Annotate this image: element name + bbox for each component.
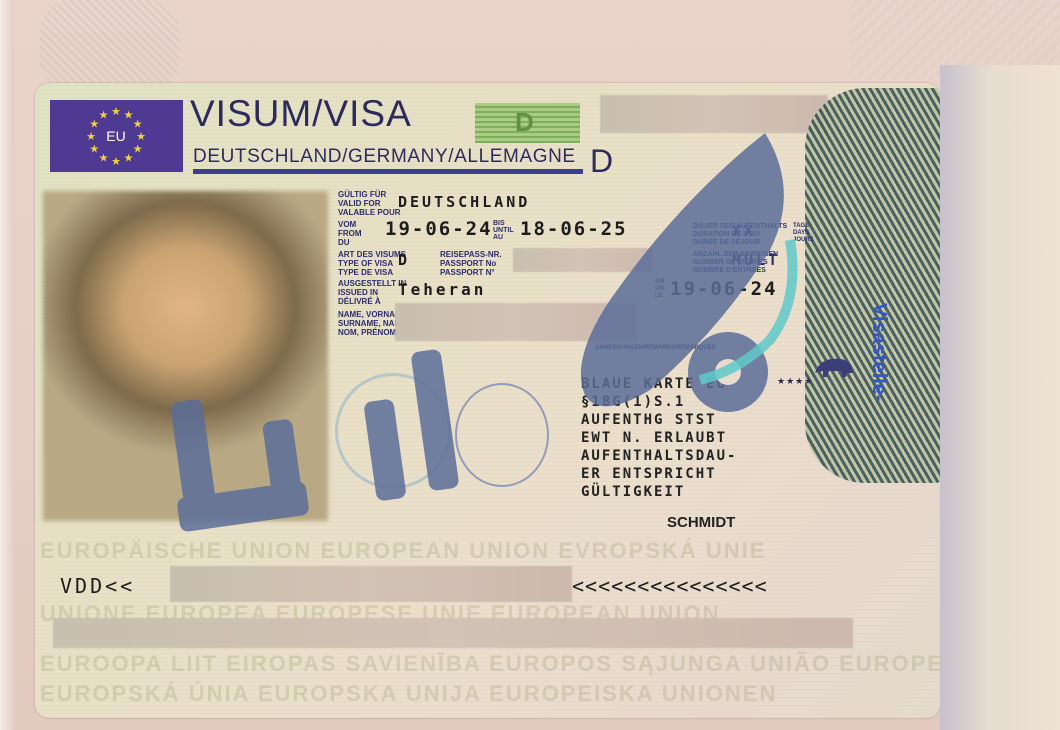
from-value: 19-06-24: [385, 218, 493, 240]
valid-for-value: DEUTSCHLAND: [398, 193, 530, 211]
issuing-office-stamp: Visastelle-: [867, 303, 890, 402]
redacted-area: [940, 65, 1060, 730]
security-seal: [335, 373, 451, 489]
svg-text:★: ★: [111, 156, 121, 168]
remarks-label: ANMERKUNGEN/REMARKS/REMARQUES: [595, 344, 716, 353]
valid-for-label: GÜLTIG FÜR VALID FOR VALABLE POUR: [338, 190, 401, 217]
svg-text:★: ★: [133, 119, 143, 131]
background-band: EUROPÄISCHE UNION EUROPEAN UNION EVROPSK…: [40, 538, 766, 564]
security-badge: D: [475, 103, 580, 143]
passport-number-label: REISEPASS-NR. PASSPORT No PASSPORT N°: [440, 250, 502, 277]
visa-sticker: ★★★★★★★★★★★★ EU VISUM/VISA D DEUTSCHLAND…: [35, 83, 940, 718]
type-of-visa-value: D: [398, 251, 410, 269]
redacted-passport-number: [513, 248, 653, 272]
svg-text:★: ★: [111, 106, 121, 118]
bear-emblem-icon: [813, 351, 855, 381]
holder-photo-blurred: [43, 191, 328, 521]
signature: SCHMIDT: [667, 514, 735, 531]
duration-value: XX: [732, 222, 756, 240]
svg-text:★: ★: [136, 131, 146, 143]
redacted-mrz: [170, 566, 572, 602]
svg-text:★: ★: [86, 131, 96, 143]
duration-unit: TAGE DAYS JOURS: [793, 223, 814, 244]
svg-text:★: ★: [124, 153, 134, 165]
microprint-band: [193, 169, 583, 174]
passport-page-edge: [0, 0, 14, 730]
svg-text:★: ★: [89, 144, 99, 156]
country-code: D: [590, 143, 613, 180]
background-band: EUROPSKÁ ÚNIA EUROPSKA UNIJA EUROPEISKA …: [40, 681, 777, 707]
svg-text:★: ★: [133, 144, 143, 156]
issued-on-value: 19-06-24: [670, 278, 778, 300]
issued-in-value: Teheran: [398, 280, 486, 299]
stars-decoration: ★★★★: [777, 376, 813, 387]
mrz-line-1-end: <<<<<<<<<<<<<<<: [572, 574, 768, 598]
eu-flag-icon: ★★★★★★★★★★★★ EU: [50, 100, 183, 172]
redacted-mrz-line-2: [53, 618, 853, 648]
entries-value: MULT: [732, 251, 780, 269]
issued-on-label: AM ON LE: [655, 279, 664, 300]
hologram-pattern: [805, 88, 940, 483]
from-label: VOM FROM DU: [338, 220, 362, 247]
svg-text:★: ★: [99, 109, 109, 121]
background-band: EUROOPA LIIT EIROPAS SAVIENĪBA EUROPOS S…: [40, 651, 940, 677]
svg-text:EU: EU: [106, 128, 125, 144]
until-label: BIS UNTIL AU: [493, 220, 514, 241]
redacted-holder-name: [395, 303, 637, 341]
remarks-text: BLAUE KARTE EU §18G(1)S.1 AUFENTHG STST …: [581, 375, 737, 501]
redacted-visa-number: [600, 95, 828, 133]
svg-text:★: ★: [99, 153, 109, 165]
mrz-line-1-start: VDD<<: [60, 574, 135, 598]
issued-in-label: AUSGESTELLT IN ISSUED IN DÉLIVRÉ À: [338, 279, 406, 306]
page-guilloche-pattern: [40, 0, 180, 90]
until-value: 18-06-25: [520, 218, 628, 240]
issuing-country: DEUTSCHLAND/GERMANY/ALLEMAGNE: [193, 146, 576, 168]
type-of-visa-label: ART DES VISUMS TYPE OF VISA TYPE DE VISA: [338, 250, 406, 277]
visa-title: VISUM/VISA: [190, 93, 412, 135]
security-seal: [455, 383, 549, 487]
